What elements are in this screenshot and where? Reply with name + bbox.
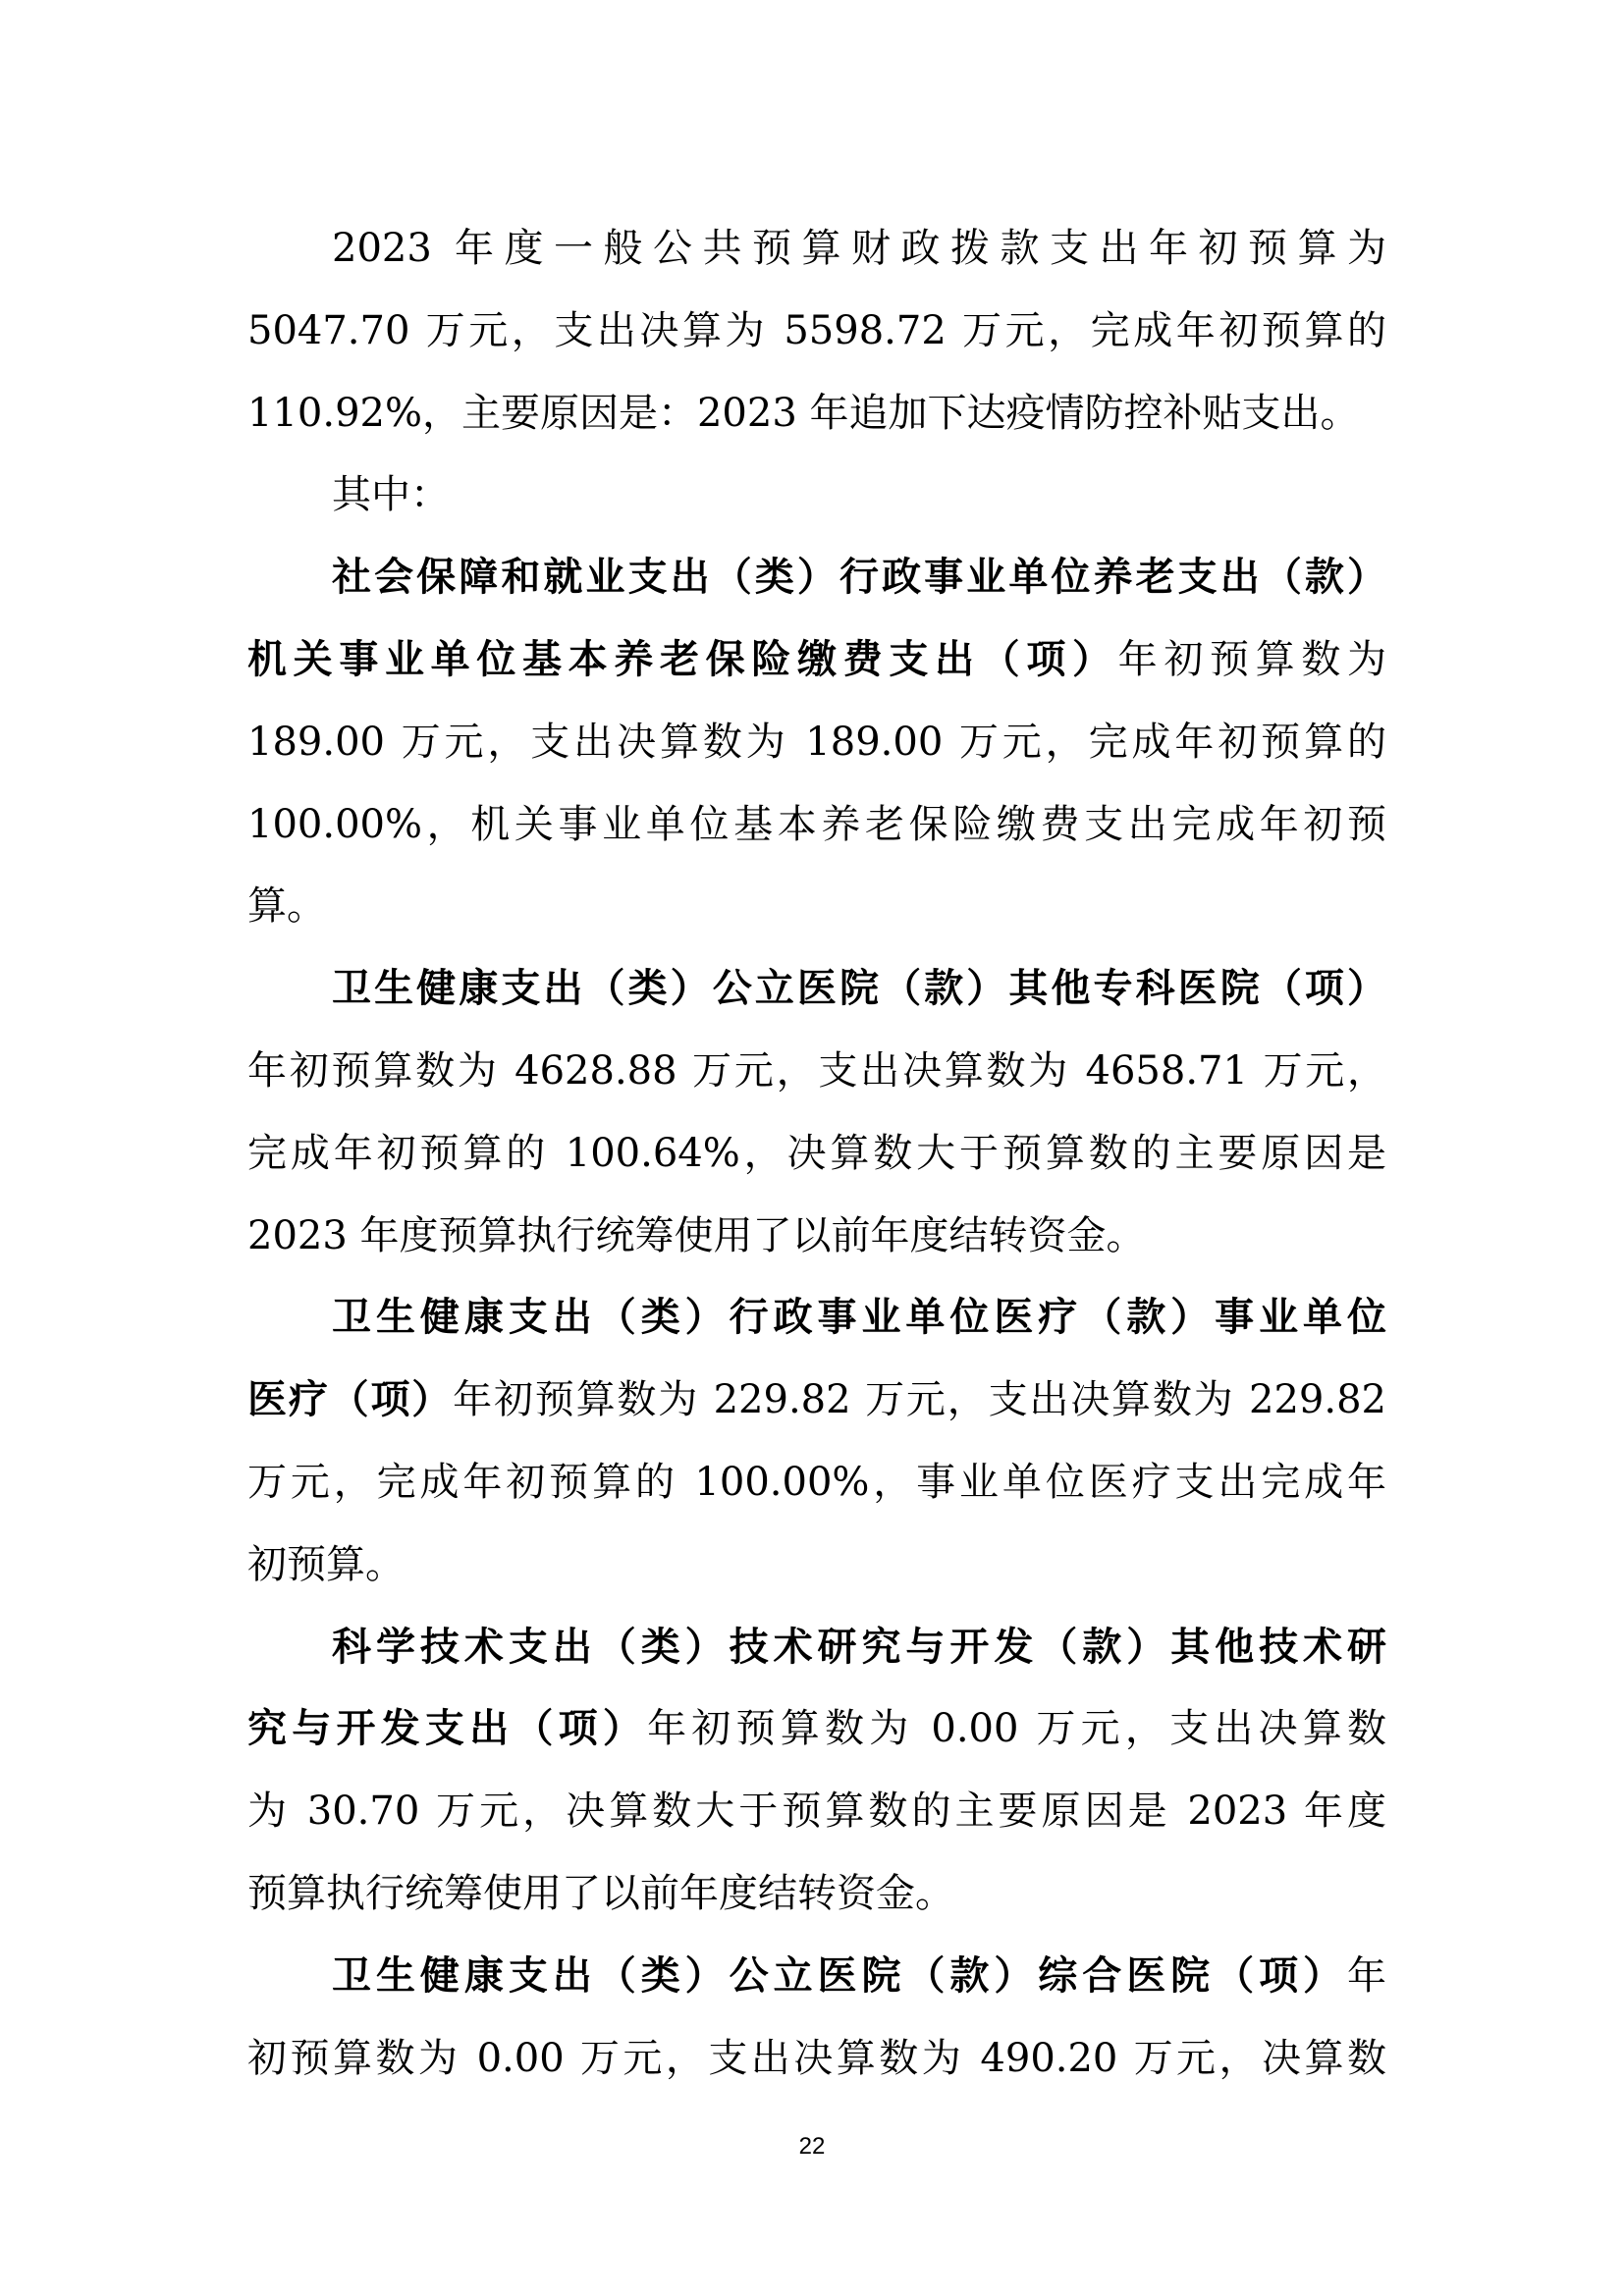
- body-text: 初预算。: [247, 1542, 405, 1587]
- body-text: 100.00%，机关事业单位基本养老保险缴费支出完成年初预: [247, 802, 1386, 847]
- text-line: 189.00 万元，支出决算数为 189.00 万元，完成年初预算的: [247, 701, 1386, 783]
- text-line: 算。: [247, 865, 1386, 947]
- text-line: 初预算。: [247, 1523, 1386, 1606]
- body-text: 年初预算数为 4628.88 万元，支出决算数为 4658.71 万元，: [247, 1048, 1386, 1094]
- body-text: 年初预算数为: [1118, 637, 1386, 682]
- body-text: 完成年初预算的 100.64%，决算数大于预算数的主要原因是: [247, 1131, 1386, 1176]
- body-text: 算。: [247, 883, 326, 929]
- bold-heading-text: 机关事业单位基本养老保险缴费支出（项）: [247, 637, 1118, 682]
- body-text: 110.92%，主要原因是：2023 年追加下达疫情防控补贴支出。: [247, 391, 1359, 436]
- body-text: 万元，完成年初预算的 100.00%，事业单位医疗支出完成年: [247, 1460, 1386, 1505]
- body-text: 年初预算数为 0.00 万元，支出决算数: [647, 1706, 1386, 1751]
- text-line: 究与开发支出（项）年初预算数为 0.00 万元，支出决算数: [247, 1687, 1386, 1770]
- bold-heading-text: 科学技术支出（类）技术研究与开发（款）其他技术研: [332, 1625, 1386, 1670]
- bold-heading-text: 卫生健康支出（类）公立医院（款）综合医院（项）: [332, 1953, 1347, 1999]
- bold-heading-text: 社会保障和就业支出（类）行政事业单位养老支出（款）: [332, 555, 1386, 600]
- text-line: 5047.70 万元，支出决算为 5598.72 万元，完成年初预算的: [247, 290, 1386, 372]
- body-text: 为 30.70 万元，决算数大于预算数的主要原因是 2023 年度: [247, 1789, 1386, 1834]
- text-line: 其中：: [332, 454, 1386, 536]
- bold-heading-text: 卫生健康支出（类）行政事业单位医疗（款）事业单位: [332, 1295, 1386, 1340]
- bold-heading-text: 卫生健康支出（类）公立医院（款）其他专科医院（项）: [332, 966, 1386, 1011]
- bold-heading-text: 医疗（项）: [247, 1377, 453, 1422]
- body-text: 2023 年度一般公共预算财政拨款支出年初预算为: [332, 226, 1386, 271]
- text-line: 初预算数为 0.00 万元，支出决算数为 490.20 万元，决算数: [247, 2017, 1386, 2100]
- text-line: 卫生健康支出（类）公立医院（款）其他专科医院（项）: [332, 947, 1386, 1030]
- text-line: 2023 年度一般公共预算财政拨款支出年初预算为: [332, 207, 1386, 290]
- page-number: 22: [785, 2132, 839, 2162]
- body-text: 5047.70 万元，支出决算为 5598.72 万元，完成年初预算的: [247, 308, 1386, 353]
- text-line: 社会保障和就业支出（类）行政事业单位养老支出（款）: [332, 536, 1386, 618]
- body-text: 2023 年度预算执行统筹使用了以前年度结转资金。: [247, 1213, 1146, 1258]
- text-line: 完成年初预算的 100.64%，决算数大于预算数的主要原因是: [247, 1112, 1386, 1195]
- text-line: 万元，完成年初预算的 100.00%，事业单位医疗支出完成年: [247, 1441, 1386, 1523]
- text-line: 科学技术支出（类）技术研究与开发（款）其他技术研: [332, 1606, 1386, 1688]
- text-line: 预算执行统筹使用了以前年度结转资金。: [247, 1852, 1386, 1935]
- text-line: 卫生健康支出（类）行政事业单位医疗（款）事业单位: [332, 1276, 1386, 1359]
- text-line: 110.92%，主要原因是：2023 年追加下达疫情防控补贴支出。: [247, 372, 1386, 454]
- body-text: 预算执行统筹使用了以前年度结转资金。: [247, 1871, 954, 1916]
- body-text: 其中：: [332, 472, 450, 517]
- text-line: 为 30.70 万元，决算数大于预算数的主要原因是 2023 年度: [247, 1770, 1386, 1852]
- bold-heading-text: 究与开发支出（项）: [247, 1706, 647, 1751]
- text-line: 100.00%，机关事业单位基本养老保险缴费支出完成年初预: [247, 783, 1386, 866]
- body-text: 年: [1347, 1953, 1386, 1999]
- text-line: 医疗（项）年初预算数为 229.82 万元，支出决算数为 229.82: [247, 1359, 1386, 1441]
- body-text: 初预算数为 0.00 万元，支出决算数为 490.20 万元，决算数: [247, 2036, 1386, 2081]
- text-line: 年初预算数为 4628.88 万元，支出决算数为 4658.71 万元，: [247, 1030, 1386, 1112]
- text-line: 卫生健康支出（类）公立医院（款）综合医院（项）年: [332, 1935, 1386, 2017]
- body-text: 189.00 万元，支出决算数为 189.00 万元，完成年初预算的: [247, 720, 1386, 765]
- body-text: 年初预算数为 229.82 万元，支出决算数为 229.82: [453, 1377, 1386, 1422]
- document-page: 2023 年度一般公共预算财政拨款支出年初预算为5047.70 万元，支出决算为…: [0, 0, 1624, 2296]
- text-line: 机关事业单位基本养老保险缴费支出（项）年初预算数为: [247, 618, 1386, 701]
- text-line: 2023 年度预算执行统筹使用了以前年度结转资金。: [247, 1195, 1386, 1277]
